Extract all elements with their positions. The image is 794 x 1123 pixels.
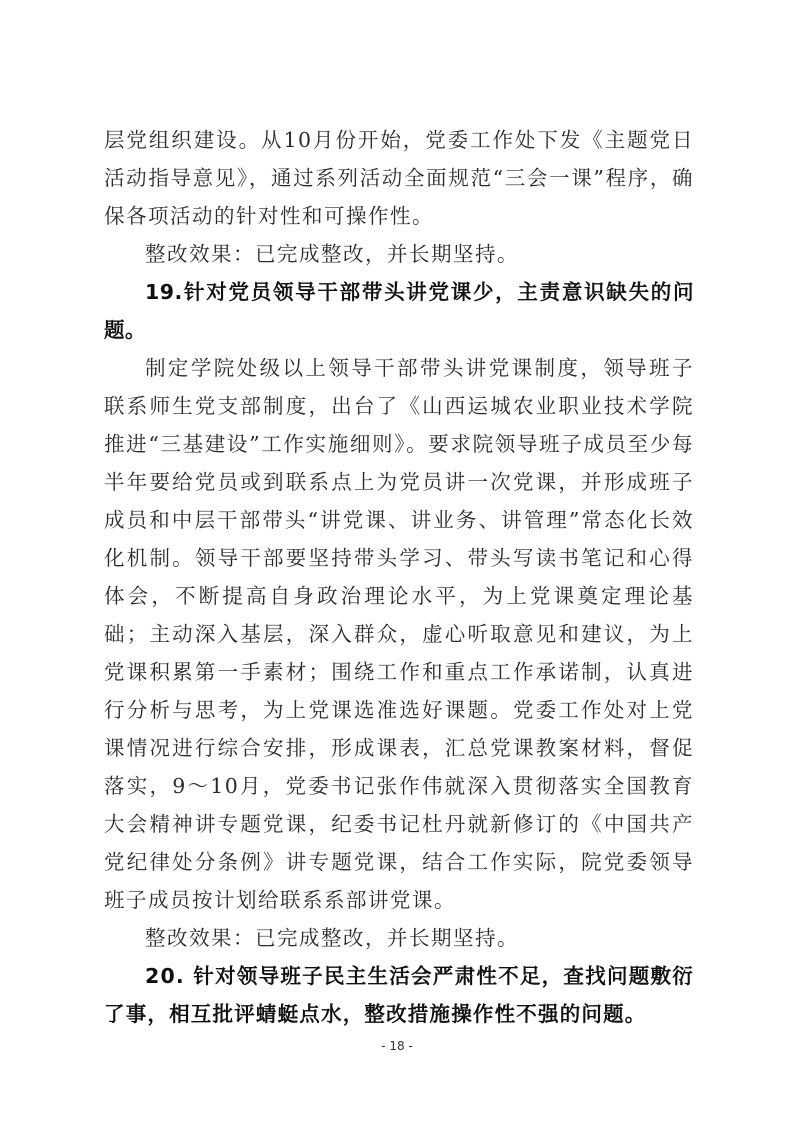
page-number: - 18 - [0,1039,794,1053]
rectification-result-18: 整改效果：已完成整改，并长期坚持。 [104,235,694,273]
section-heading-19: 19.针对党员领导干部带头讲党课少，主责意识缺失的问题。 [104,273,694,349]
document-body: 层党组织建设。从10月份开始，党委工作处下发《主题党日活动指导意见》，通过系列活… [104,121,694,1033]
document-page: 层党组织建设。从10月份开始，党委工作处下发《主题党日活动指导意见》，通过系列活… [0,0,794,1123]
paragraph-continuation: 层党组织建设。从10月份开始，党委工作处下发《主题党日活动指导意见》，通过系列活… [104,121,694,235]
rectification-result-19: 整改效果：已完成整改，并长期坚持。 [104,919,694,957]
paragraph-measures-19: 制定学院处级以上领导干部带头讲党课制度，领导班子联系师生党支部制度，出台了《山西… [104,349,694,919]
section-heading-20: 20. 针对领导班子民主生活会严肃性不足，查找问题敷衍了事，相互批评蜻蜓点水，整… [104,957,694,1033]
